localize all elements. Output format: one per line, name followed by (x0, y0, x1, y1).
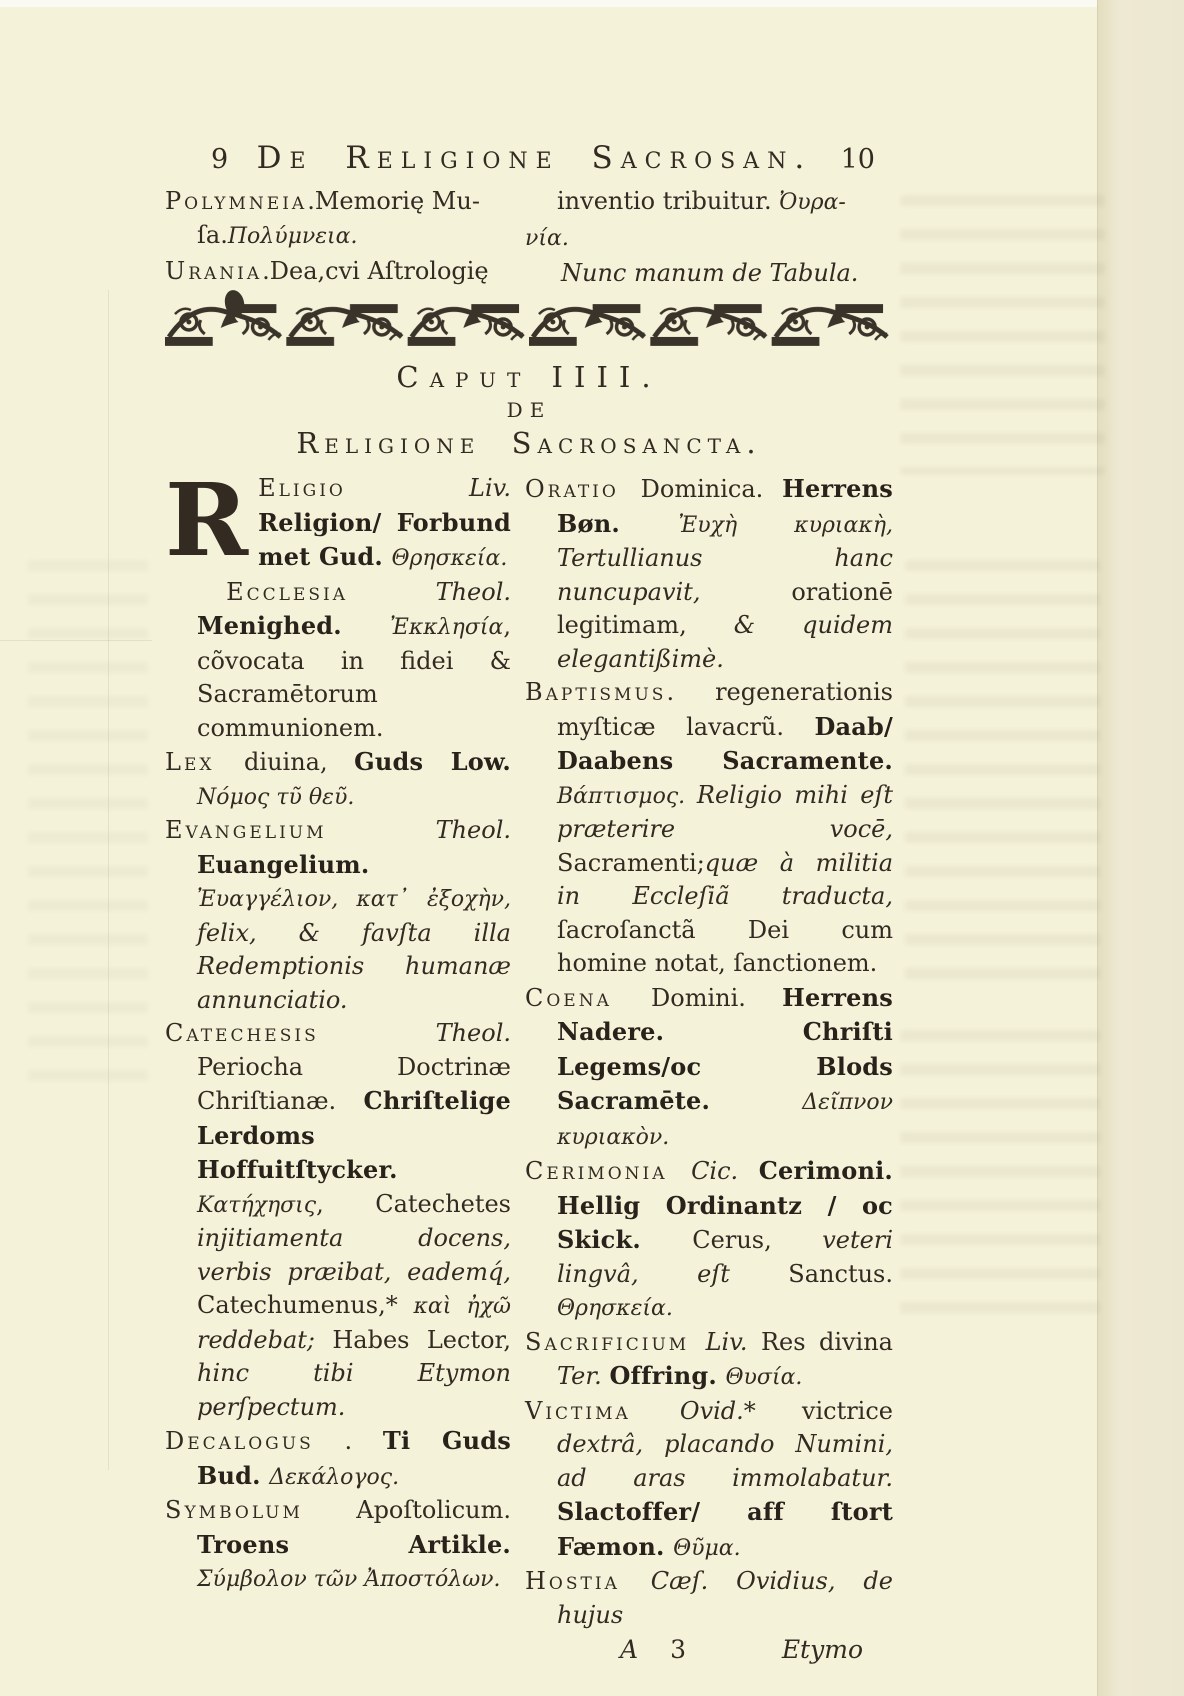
text-run: Θρησκεία. (557, 1296, 673, 1321)
text-run: Dominica. (641, 475, 782, 503)
text-run: Θυσία. (726, 1365, 803, 1390)
text-run: Sacramenti; (557, 849, 705, 877)
text-run: Urania (165, 257, 262, 285)
text-run: inventio tribuitur. (557, 187, 779, 215)
bleedthrough-ghost (900, 1030, 1100, 1330)
signature-letter: A (620, 1635, 638, 1664)
signature-row: A3 Etymo (525, 1635, 893, 1664)
text-run: Apoſtolicum. (356, 1496, 511, 1524)
text-run: Ἐυχὴ κυριακὴ, (679, 513, 894, 538)
entry-decalogus: Decalogus . Ti Guds Bud. Δεκάλογος. (165, 1424, 511, 1494)
text-run: Coena (525, 984, 651, 1012)
entry-hostia: Hostia Cæſ. Ovidius, de hujus (525, 1565, 893, 1632)
text-run: Guds Low. (354, 747, 511, 776)
previous-chapter-end: Polymneia.Memorię Mu- ſa.Πολύμνεια. Uran… (165, 184, 893, 290)
entry-symbolum: Symbolum Apoſtolicum. Troens Artikle. Σύ… (165, 1494, 511, 1597)
book-page-scan: 9 De Religione Sacrosan. 10 Polymneia.Me… (0, 0, 1184, 1696)
text-run: Hostia (525, 1567, 651, 1595)
text-run: Cerus, (692, 1226, 822, 1254)
text-run: injitiamenta docens, verbis præibat, ead… (197, 1224, 511, 1286)
dropcap-R: R (165, 472, 258, 576)
page-edge-band (1097, 0, 1184, 1696)
text-run: .Memorię Mu- (307, 187, 480, 215)
text-run: Νόμος τῦ θεῦ. (197, 785, 354, 810)
text-run: Σύμβολον τῶν Ἀποστόλων. (197, 1567, 501, 1592)
text-line: inventio tribuitur. Ὀυρα- (525, 184, 893, 220)
text-run: Troens Artikle. (197, 1530, 511, 1559)
text-run: Ἐυαγγέλιον, κατ᾽ ἐξοχὴν, (197, 887, 511, 912)
text-line: Polymneia.Memorię Mu- (165, 184, 511, 218)
text-run: ſacroſanctã Dei cum homine notat, ſancti… (557, 916, 893, 978)
text-run: Catechesis (165, 1019, 436, 1047)
text-run: νία. (525, 226, 569, 251)
ornament-band (165, 300, 893, 350)
entry-ecclesia: Ecclesia Theol. Menighed. Ἐκκλησία, cõvo… (165, 576, 511, 746)
text-run: diuina, (244, 748, 354, 776)
text-run: Polymneia (165, 187, 307, 215)
text-run: Domini. (651, 984, 782, 1012)
entry-religio: REligio Liv. Religion/ Forbund met Gud. … (165, 472, 511, 576)
text-run: Nunc manum de Tabula. (561, 259, 858, 287)
text-line: νία. (525, 220, 893, 256)
chapter-de-heading: DE (165, 398, 893, 422)
text-run: Κατήχησις (197, 1193, 316, 1218)
text-run: Offring. (609, 1361, 725, 1390)
text-run: Ecclesia (226, 578, 435, 606)
chapter-number-heading: Caput IIII. (165, 360, 893, 394)
page-content: 9 De Religione Sacrosan. 10 Polymneia.Me… (165, 140, 893, 1664)
text-run: Cic. (691, 1157, 759, 1185)
text-run: Menighed. (197, 611, 390, 640)
text-run: Liv. (469, 474, 511, 502)
text-run: Theol. (436, 578, 511, 606)
text-run: Sacrificium (525, 1328, 706, 1356)
dictionary-columns: REligio Liv. Religion/ Forbund met Gud. … (165, 472, 893, 1664)
running-header: 9 De Religione Sacrosan. 10 (165, 140, 893, 176)
catchword: Etymo (782, 1635, 863, 1664)
bleedthrough-ghost (900, 195, 1105, 475)
text-run: Θρησκεία. (391, 546, 507, 571)
text-run: Symbolum (165, 1496, 356, 1524)
text-run: .Dea,cvi Aſtrologię (262, 257, 488, 285)
chapter-title-heading: Religione Sacrosancta. (165, 426, 893, 460)
text-run: , Catechetes (316, 1190, 511, 1218)
text-run: Ὀυρα- (779, 190, 846, 215)
entry-coena: Coena Domini. Herrens Nadere. Chriſti Le… (525, 981, 893, 1155)
entry-text: Eligio Liv. Religion/ Forbund met Gud. Θ… (258, 474, 511, 571)
text-run: Euangelium. (197, 850, 369, 879)
woodcut-frieze (165, 300, 893, 350)
text-run: Theol. (436, 1019, 511, 1047)
text-run: Decalogus (165, 1427, 314, 1455)
text-run: . (314, 1427, 383, 1455)
text-run: Ovid.* (680, 1397, 802, 1425)
entry-victima: Victima Ovid.* victrice dextrâ, placando… (525, 1395, 893, 1566)
text-run: Ter. (557, 1362, 609, 1390)
text-run: reddebat; (197, 1326, 332, 1354)
bleedthrough-ghost (28, 560, 148, 1100)
text-run: Sanctus. (788, 1260, 893, 1288)
text-run: hinc tibi Etymon perſpectum. (197, 1359, 511, 1421)
text-line: Nunc manum de Tabula. (525, 256, 893, 290)
text-run: Victima (525, 1397, 680, 1425)
text-run: Res divina (761, 1328, 893, 1356)
entry-baptismus: Baptismus. regenerationis myſticæ lavacr… (525, 676, 893, 981)
entry-catechesis: Catechesis Theol. Periocha Doctrinæ Chri… (165, 1017, 511, 1424)
text-line: Urania.Dea,cvi Aſtrologię (165, 254, 511, 288)
text-run: καὶ ἠχῶ (413, 1294, 511, 1319)
entry-sacrificium: Sacrificium Liv. Res divina Ter. Offring… (525, 1326, 893, 1395)
entry-oratio: Oratio Dominica. Herrens Bøn. Ἐυχὴ κυρια… (525, 472, 893, 676)
text-run: Lex (165, 748, 244, 776)
text-run: felix, & favſta illa Redemptionis humanæ… (197, 919, 511, 1014)
top-right-column: inventio tribuitur. Ὀυρα- νία. Nunc manu… (525, 184, 893, 290)
entry-evangelium: Evangelium Theol. Euangelium. Ἐυαγγέλιον… (165, 814, 511, 1017)
text-run: Oratio (525, 475, 641, 503)
text-run: Δεκάλογος. (269, 1465, 399, 1490)
page-number-left: 9 (211, 144, 228, 175)
text-line: ſa.Πολύμνεια. (165, 218, 511, 254)
text-run: Baptismus (525, 678, 666, 706)
text-run: dextrâ, placando Numini, ad aras immolab… (557, 1430, 893, 1492)
signature-mark: A3 (620, 1635, 686, 1664)
text-run: Liv. (706, 1328, 761, 1356)
entry-lex-divina: Lex diuina, Guds Low. Νόμος τῦ θεῦ. (165, 745, 511, 814)
text-run: Πολύμνεια. (228, 224, 358, 249)
text-run: victrice (802, 1397, 893, 1425)
entry-cerimonia: Cerimonia Cic. Cerimoni. Hellig Ordinant… (525, 1154, 893, 1326)
text-run: Ἐκκλησία (390, 615, 503, 640)
text-run: Habes Lector, (332, 1326, 511, 1354)
text-run: Evangelium (165, 816, 436, 844)
running-title: De Religione Sacrosan. (257, 140, 813, 176)
page-number-right: 10 (841, 144, 875, 175)
text-run: Catechumenus,* (197, 1291, 413, 1319)
text-run: Βάπτισμος. (557, 784, 697, 809)
text-run: ſa. (197, 221, 228, 249)
text-run: Theol. (436, 816, 511, 844)
text-run: Cerimonia (525, 1157, 691, 1185)
text-run: Θῦμα. (673, 1536, 741, 1561)
left-column: REligio Liv. Religion/ Forbund met Gud. … (165, 472, 511, 1664)
scan-top-edge (0, 0, 1184, 7)
bleedthrough-ghost (905, 560, 1100, 990)
text-run: Eligio (258, 474, 469, 502)
signature-number: 3 (670, 1635, 686, 1664)
right-column: Oratio Dominica. Herrens Bøn. Ἐυχὴ κυρια… (525, 472, 893, 1664)
top-left-column: Polymneia.Memorię Mu- ſa.Πολύμνεια. Uran… (165, 184, 511, 290)
